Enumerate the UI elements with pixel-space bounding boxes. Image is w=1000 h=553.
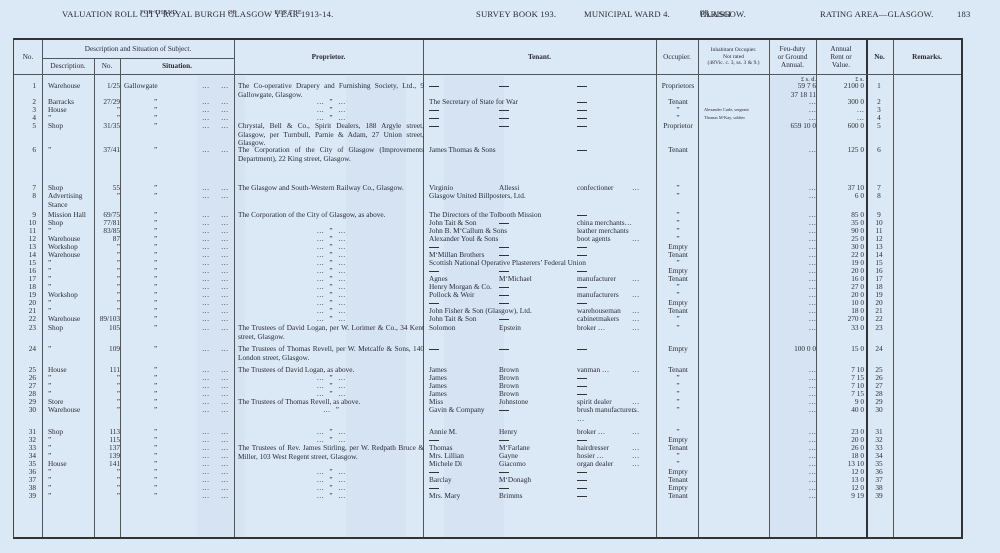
tenant-trade [577, 345, 587, 354]
dash-rule [429, 247, 439, 248]
tenant-dots: … [632, 184, 639, 193]
occupier: Tenant [656, 492, 700, 501]
tenant-dots: … [632, 291, 639, 300]
annual-value: 33 0 [816, 324, 864, 333]
dash-rule [577, 86, 587, 87]
header-subject-group: Description and Situation of Subject. [42, 40, 234, 58]
tenant-surname [499, 82, 509, 91]
situation-text: ” [154, 192, 157, 201]
dash-rule [429, 349, 439, 350]
column-divider [42, 40, 43, 537]
dash-rule [499, 255, 509, 256]
proprietor: … ” [238, 406, 424, 415]
header-inhabitant: Inhabitant Occupier.Not rated(48Vic. c. … [698, 40, 769, 74]
leader-dots: … [221, 146, 228, 155]
dash-rule [499, 271, 509, 272]
feu-duty: 100 0 0 [770, 345, 816, 354]
tenant-surname: Epstein [499, 324, 521, 333]
occupier: Tenant [656, 146, 700, 155]
header-no: No. [14, 40, 42, 74]
leader-dots: … [202, 146, 209, 155]
tenant-surname: Brimms [499, 492, 523, 501]
feu-duty: … [770, 406, 816, 415]
column-divider [120, 58, 121, 537]
leader-dots: … [202, 324, 209, 333]
page-number: 183 [957, 9, 971, 19]
proprietor: The Glasgow and South-Western Railway Co… [238, 184, 424, 193]
row-number: 1 [14, 82, 36, 91]
row-number: 8 [14, 192, 36, 201]
annual-value: 40 0 [816, 406, 864, 415]
header-remarks: Remarks. [893, 40, 961, 74]
row-number: 5 [14, 122, 36, 131]
leader-dots: … [221, 324, 228, 333]
tenant-dots: … [632, 406, 639, 415]
tenant-trade [577, 82, 587, 91]
annual-value: 9 19 [816, 492, 864, 501]
leader-dots: … [202, 492, 209, 501]
situation-text: ” [154, 324, 157, 333]
row-number-right: 6 [867, 146, 891, 155]
dash-rule [499, 295, 509, 296]
dash-rule [577, 496, 587, 497]
tenant-trade: confectioner [577, 184, 613, 193]
feu-duty: … [770, 324, 816, 333]
proprietor: The Trustees of Rev. James Stirling, per… [238, 444, 424, 461]
dash-rule [577, 255, 587, 256]
annual-value: 15 0 [816, 345, 864, 354]
dash-rule [429, 488, 439, 489]
annual-value: 2100 0 [816, 82, 864, 91]
tenant-trade [577, 122, 587, 131]
tenant-name: Alexander Youl & Sons [429, 235, 498, 244]
street-number: 105 [94, 324, 120, 333]
dash-rule [577, 394, 587, 395]
roll-title: VALUATION ROLL FOR THE CITY AND ROYAL BU… [62, 9, 333, 19]
dash-rule [577, 480, 587, 481]
proprietor: The Corporation of the City of Glasgow, … [238, 211, 424, 220]
dash-rule [577, 271, 587, 272]
proprietor: The Trustees of Thomas Revell, per W. Me… [238, 345, 424, 362]
tenant-trade [577, 492, 587, 501]
dash-rule [577, 118, 587, 119]
header-tenant: Tenant. [423, 40, 656, 74]
tenant-name: James Thomas & Sons [429, 146, 496, 155]
leader-dots: … [221, 492, 228, 501]
dash-rule [429, 118, 439, 119]
dash-rule [577, 110, 587, 111]
dash-rule [499, 247, 509, 248]
situation-text: ” [154, 492, 157, 501]
dash-rule [429, 271, 439, 272]
tenant-dots: … [632, 324, 639, 333]
leader-dots: … [202, 406, 209, 415]
dash-rule [499, 410, 509, 411]
dash-rule [577, 287, 587, 288]
row-number-right: 5 [867, 122, 891, 131]
street-number: 37/41 [94, 146, 120, 155]
street-number: ” [94, 192, 120, 201]
row-number-right: 39 [867, 492, 891, 501]
row-number-right: 8 [867, 192, 891, 201]
feu-duty: … [770, 192, 816, 201]
tenant-surname [499, 122, 509, 131]
tenant-name [429, 82, 439, 91]
tenant-dots: … [632, 460, 639, 469]
tenant-name [429, 345, 439, 354]
proprietor: … ” … [238, 492, 424, 501]
row-number: 39 [14, 492, 36, 501]
dash-rule [499, 223, 509, 224]
situation-text: ” [154, 406, 157, 415]
street-number: ” [94, 492, 120, 501]
dash-rule [429, 86, 439, 87]
occupier: Proprietor [656, 122, 700, 131]
leader-dots: … [221, 345, 228, 354]
dash-rule [577, 102, 587, 103]
dash-rule [577, 378, 587, 379]
tenant-trade: broker … [577, 324, 605, 333]
tenant-trade [577, 146, 587, 155]
header-annual-value: AnnualRent orValue. [816, 40, 866, 74]
header-feu-duty: Feu-dutyor GroundAnnual. [769, 40, 816, 74]
tenant-dots: … [632, 428, 639, 437]
tenant-name: Solomon [429, 324, 455, 333]
tenant-name: Mrs. Mary [429, 492, 460, 501]
leader-dots: … [221, 82, 228, 91]
dash-rule [577, 303, 587, 304]
feu-duty: … [770, 146, 816, 155]
row-number-right: 30 [867, 406, 891, 415]
leader-dots: … [202, 192, 209, 201]
dash-rule [577, 472, 587, 473]
dash-rule [577, 247, 587, 248]
dash-rule [577, 386, 587, 387]
row-number: 23 [14, 324, 36, 333]
valuation-table: No. Description and Situation of Subject… [13, 38, 963, 539]
proprietor: The Corporation of the City of Glasgow (… [238, 146, 424, 163]
dash-rule [577, 349, 587, 350]
header-proprietor: Proprietor. [234, 40, 423, 74]
tenant-name: Gavin & Company [429, 406, 485, 415]
street-number: 109 [94, 345, 120, 354]
street-number: 1/25 [94, 82, 120, 91]
leader-dots: … [221, 406, 228, 415]
leader-dots: … [221, 122, 228, 131]
dash-rule [499, 472, 509, 473]
row-number: 6 [14, 146, 36, 155]
row-number-right: 1 [867, 82, 891, 91]
column-divider [234, 40, 235, 537]
row-number: 24 [14, 345, 36, 354]
leader-dots: … [202, 82, 209, 91]
tenant-dots: … [632, 366, 639, 375]
dash-rule [577, 126, 587, 127]
proprietor: The Trustees of David Logan, per W. Lori… [238, 324, 424, 341]
dash-rule [577, 150, 587, 151]
annual-value: 600 0 [816, 122, 864, 131]
description: Advertising Stance [48, 192, 92, 209]
dash-rule [577, 488, 587, 489]
dash-rule [577, 440, 587, 441]
dash-rule [499, 319, 509, 320]
dash-rule [429, 126, 439, 127]
tenant-name: Glasgow United Billposters, Ltd. [429, 192, 526, 201]
leader-dots: … [202, 122, 209, 131]
tenant-dots: … [632, 275, 639, 284]
occupier: Proprietors [656, 82, 700, 91]
dash-rule [429, 440, 439, 441]
dash-rule [499, 349, 509, 350]
street-number: ” [94, 406, 120, 415]
header-number: No. [94, 58, 120, 74]
occupier: ” [656, 192, 700, 201]
inhabitant-occupier: Thomas M‘Kay, soldier [704, 114, 774, 123]
survey-book: SURVEY BOOK 193. [476, 9, 556, 19]
dash-rule [499, 86, 509, 87]
occupier: ” [656, 406, 700, 415]
dash-rule [429, 472, 439, 473]
municipal-ward: MUNICIPAL WARD 4. [584, 9, 670, 19]
street-number: 31/35 [94, 122, 120, 131]
tenant-name [429, 122, 439, 131]
dash-rule [499, 440, 509, 441]
situation-text: Gallowgate [124, 81, 158, 90]
dash-rule [499, 287, 509, 288]
header-occupier: Occupier. [656, 40, 698, 74]
row-number-right: 24 [867, 345, 891, 354]
dash-rule [577, 215, 587, 216]
rating-area: RATING AREA—GLASGOW. [820, 9, 934, 19]
row-number: 30 [14, 406, 36, 415]
column-divider [893, 40, 894, 537]
row-number-right: 23 [867, 324, 891, 333]
dash-rule [499, 303, 509, 304]
situation-text: ” [154, 146, 157, 155]
page-header: VALUATION ROLL FOR THE CITY AND ROYAL BU… [0, 9, 1000, 25]
tenant-dots: … [632, 235, 639, 244]
occupier: Empty [656, 345, 700, 354]
header-description: Description. [42, 58, 94, 74]
leader-dots: … [202, 345, 209, 354]
header-rule [14, 74, 961, 75]
dash-rule [429, 110, 439, 111]
situation-text: ” [154, 122, 157, 131]
feu-duty: 659 10 0 [770, 122, 816, 131]
situation: Gallowgate…… [124, 82, 234, 91]
situation-text: ” [154, 345, 157, 354]
feu-duty: … [770, 492, 816, 501]
tenant-surname [499, 406, 509, 415]
occupier: ” [656, 324, 700, 333]
dash-rule [429, 303, 439, 304]
annual-value: 6 0 [816, 192, 864, 201]
header-row-no: No. [866, 40, 893, 74]
tenant-trade: brush manufacturers … [577, 406, 637, 423]
header-situation: Situation. [120, 58, 234, 74]
dash-rule [499, 126, 509, 127]
annual-value: 125 0 [816, 146, 864, 155]
dash-rule [499, 488, 509, 489]
proprietor: Chrystal, Bell & Co., Spirit Dealers, 18… [238, 122, 424, 148]
leader-dots: … [221, 192, 228, 201]
dash-rule [499, 110, 509, 111]
dash-rule [499, 118, 509, 119]
tenant-surname [499, 345, 509, 354]
